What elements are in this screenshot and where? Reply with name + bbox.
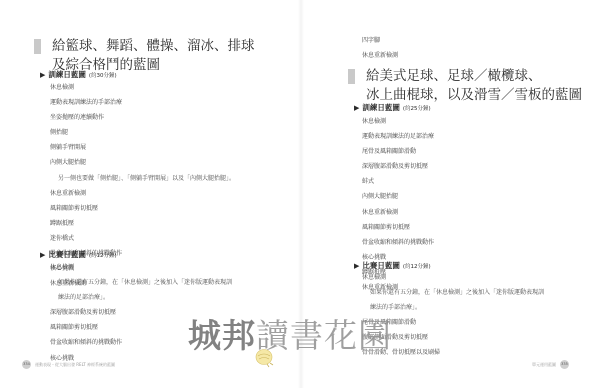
list-item: 蹲踞抵壓: [50, 216, 235, 231]
list-item: 尾骨及風箱關節滑動: [362, 144, 434, 159]
right-footer: 單元運用藍圖 335: [532, 360, 569, 369]
list-note: 練法的手部治療」。: [362, 300, 544, 315]
list-item: 蚌式: [362, 174, 434, 189]
play-triangle-icon: ▶: [40, 71, 45, 79]
list-item: 四字腳: [362, 33, 398, 48]
list-item: 休息檢測: [362, 270, 544, 285]
play-triangle-icon: ▶: [40, 251, 45, 259]
list-item: 內側大腿抬腿: [50, 155, 235, 170]
list-item: 運動表現訓練法的手部治療: [50, 95, 235, 110]
list-note: 另一側也要做「側抬腿」、「側躺手臂開展」以及「內側大腿抬腿」。: [50, 171, 235, 186]
page-number: 334: [22, 360, 31, 369]
list-item: 迷你橋式: [50, 231, 235, 246]
list-item: 骨盆收縮和傾斜的挑戰動作: [362, 235, 434, 250]
list-note: 如果你還有五分鐘，在「休息檢測」之後加入「迷你版運動表現訓: [362, 285, 544, 300]
running-title: 單元運用藍圖: [532, 362, 556, 368]
list-item: 側抬腿: [50, 125, 235, 140]
watermark-subtitle: 讀書花園: [256, 316, 392, 355]
section-title-line1: 給籃球、舞蹈、體操、溜冰、排球: [52, 37, 255, 56]
list-item: 風箱關節剪切抵壓: [362, 220, 434, 235]
list-item: 深層腹部滑動及剪切抵壓: [362, 159, 434, 174]
section-title-line1: 給美式足球、足球／橄欖球、: [366, 67, 582, 86]
play-triangle-icon: ▶: [354, 104, 359, 112]
list-item: 休息重新檢測: [362, 205, 434, 220]
list-item: 坐姿拋壓的連續動作: [50, 110, 235, 125]
watermark-brand: 城邦: [188, 316, 256, 355]
play-triangle-icon: ▶: [354, 262, 359, 270]
list-note: 練法的足部治療」。: [50, 290, 232, 305]
list-item: 休息重新檢測: [362, 48, 398, 63]
list-item: 休息重新檢測: [50, 186, 235, 201]
chick-mascot-icon: [254, 348, 276, 368]
book-spread: 給籃球、舞蹈、體操、溜冰、排球 及綜合格鬥的藍圖 ▶訓練日藍圖(約30分鐘) 休…: [0, 0, 600, 388]
list-item: 休息檢測: [50, 80, 235, 95]
list-item: 休息檢測: [50, 260, 232, 275]
left-footer: 334 運動表現・從大腦出發 RELT 神經系統的藍圖: [22, 360, 115, 369]
section-marker-icon: [34, 39, 41, 54]
running-title: 運動表現・從大腦出發 RELT 神經系統的藍圖: [35, 362, 115, 368]
section-title-football: 給美式足球、足球／橄欖球、 冰上曲棍球，以及滑雪／雪板的藍圖: [348, 67, 582, 105]
list-item: 運動表現訓練法的足部治療: [362, 129, 434, 144]
page-number: 335: [560, 360, 569, 369]
list-item: 休息檢測: [362, 114, 434, 129]
list-item: 風箱關節剪切抵壓: [50, 201, 235, 216]
watermark: 城邦讀書花園: [188, 318, 392, 354]
training-day-heading: ▶訓練日藍圖(約25分鐘): [354, 103, 431, 114]
list-note: 如果你還有五分鐘，在「休息檢測」之後加入「迷你版運動表現訓: [50, 275, 232, 290]
list-item: 側躺手臂開展: [50, 140, 235, 155]
list-item: 內側大腿抬腿: [362, 189, 434, 204]
section-marker-icon: [348, 69, 355, 84]
continued-list: 四字腳 休息重新檢測: [362, 33, 398, 63]
